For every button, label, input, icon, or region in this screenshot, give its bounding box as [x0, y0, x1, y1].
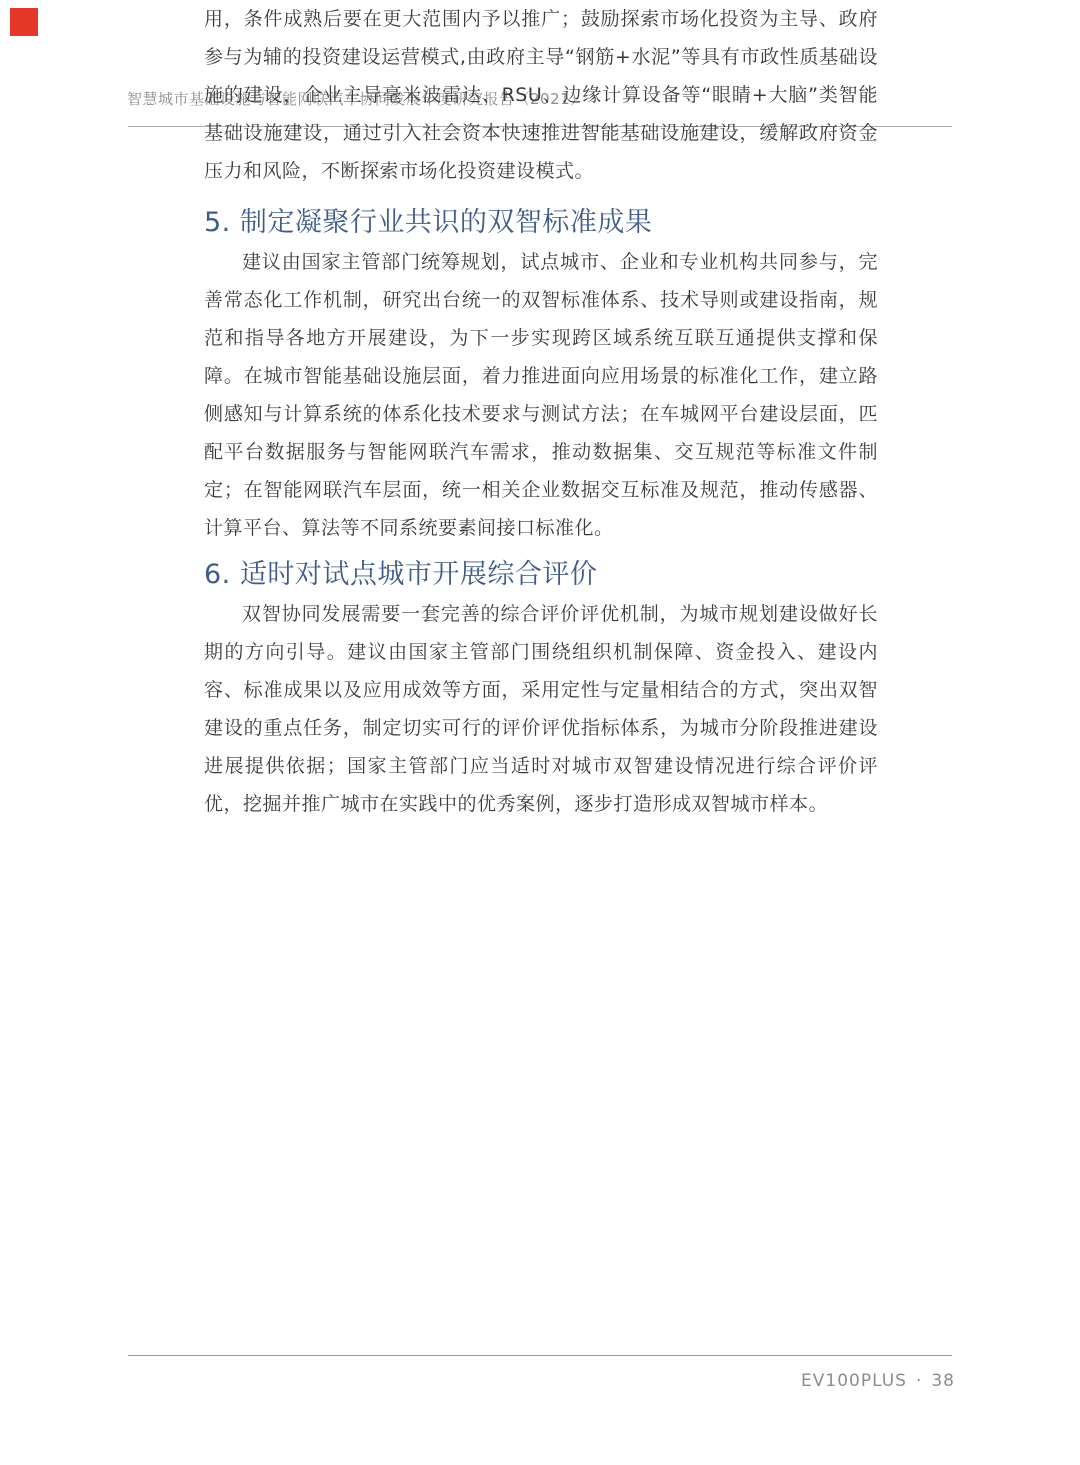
paragraph-section-6: 双智协同发展需要一套完善的综合评价评优机制，为城市规划建设做好长期的方向引导。建… [204, 595, 878, 823]
paragraph-continuation: 用，条件成熟后要在更大范围内予以推广；鼓励探索市场化投资为主导、政府参与为辅的投… [204, 0, 878, 190]
footer-brand: EV100PLUS [801, 1371, 907, 1391]
page-body: 用，条件成熟后要在更大范围内予以推广；鼓励探索市场化投资为主导、政府参与为辅的投… [204, 0, 878, 823]
footer-pagination: EV100PLUS·38 [801, 1371, 955, 1391]
paragraph-section-5: 建议由国家主管部门统筹规划，试点城市、企业和专业机构共同参与，完善常态化工作机制… [204, 243, 878, 547]
footer-rule [128, 1355, 952, 1356]
section-heading-6: 6. 适时对试点城市开展综合评价 [204, 555, 878, 595]
report-page: 智慧城市基础设施与智能网联汽车协同发展年度研究报告（2021） 用，条件成熟后要… [0, 0, 1080, 1465]
footer-page-number: 38 [931, 1371, 955, 1391]
section-heading-5: 5. 制定凝聚行业共识的双智标准成果 [204, 203, 878, 243]
footer-separator: · [916, 1371, 922, 1391]
red-corner-marker [10, 8, 38, 36]
